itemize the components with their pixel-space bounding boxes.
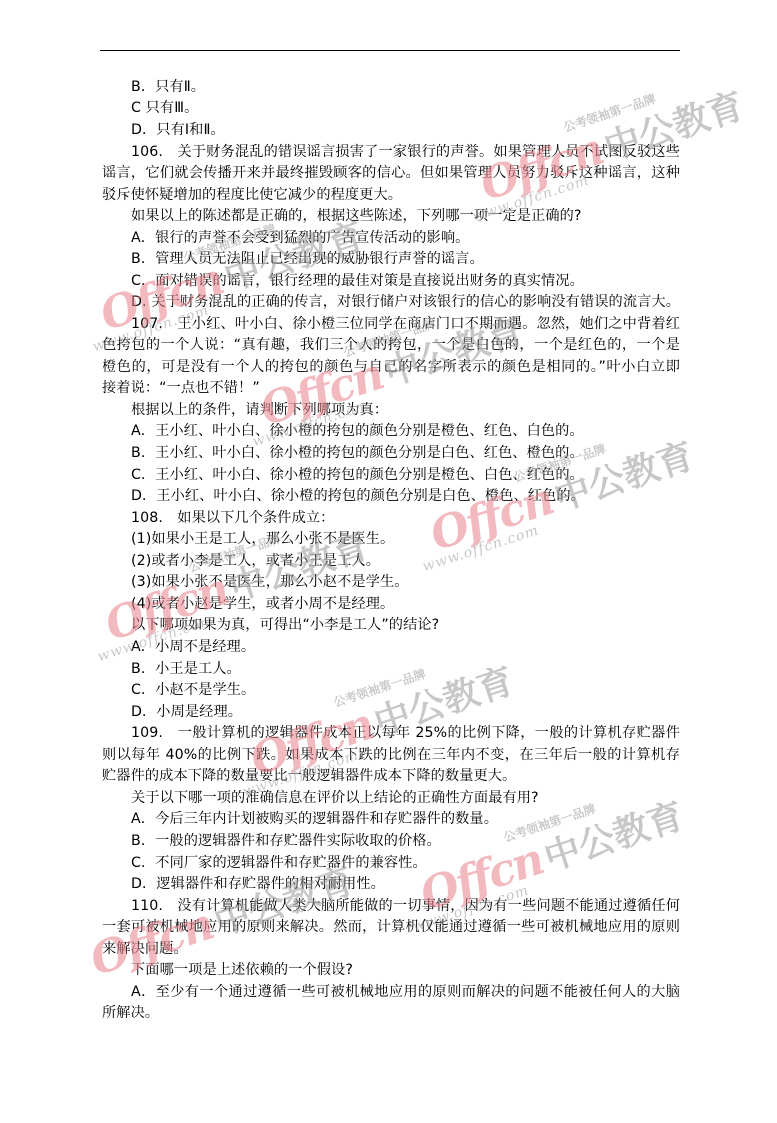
question-prompt: 根据以上的条件，请判断下列哪项为真： bbox=[131, 400, 680, 421]
option-line: B．小王是工人。 bbox=[131, 659, 680, 680]
text-line: C 只有Ⅲ。 bbox=[131, 98, 680, 119]
text-line: 谣言，它们就会传播开来并最终摧毁顾客的信心。但如果管理人员努力驳斥这种谣言，这种 bbox=[102, 163, 680, 184]
question-prompt: 下面哪一项是上述依赖的一个假设? bbox=[131, 960, 680, 981]
option-line: D．小周是经理。 bbox=[131, 702, 680, 723]
option-line: A．王小红、叶小白、徐小橙的挎包的颜色分别是橙色、红色、白色的。 bbox=[131, 421, 680, 442]
option-line: D．逻辑器件和存贮器件的相对耐用性。 bbox=[131, 874, 680, 895]
condition-line: (2)或者小李是工人，或者小王是工人。 bbox=[131, 551, 680, 572]
document-page: B．只有Ⅱ。 C 只有Ⅲ。 D．只有Ⅰ和Ⅱ。 106. 关于财务混乱的错误谣言损… bbox=[0, 0, 777, 1123]
option-line: B．管理人员无法阻止已经出现的威胁银行声誉的谣言。 bbox=[131, 249, 680, 270]
option-line: C．面对错误的谣言，银行经理的最佳对策是直接说出财务的真实情况。 bbox=[131, 271, 680, 292]
option-line: A．今后三年内计划被购买的逻辑器件和存贮器件的数量。 bbox=[131, 809, 680, 830]
condition-line: (3)如果小张不是医生，那么小赵不是学生。 bbox=[131, 572, 680, 593]
text-line: 接着说：“一点也不错！” bbox=[102, 378, 680, 399]
text-line: 贮器件的成本下降的数量要比一般逻辑器件成本下降的数量更大。 bbox=[102, 766, 680, 787]
question-106-line: 106. 关于财务混乱的错误谣言损害了一家银行的声誉。如果管理人员不试图反驳这些 bbox=[131, 142, 680, 163]
option-line: C．王小红、叶小白、徐小橙的挎包的颜色分别是橙色、白色、红色的。 bbox=[131, 465, 680, 486]
option-line: C．不同厂家的逻辑器件和存贮器件的兼容性。 bbox=[131, 853, 680, 874]
text-line: 色挎包的一个人说：“真有趣，我们三个人的挎包，一个是白色的，一个是红色的，一个是 bbox=[102, 335, 680, 356]
question-110-line: 110. 没有计算机能做人类大脑所能做的一切事情，因为有一些问题不能通过遵循任何 bbox=[131, 896, 680, 917]
question-108-line: 108. 如果以下几个条件成立： bbox=[131, 508, 680, 529]
option-line: B．一般的逻辑器件和存贮器件实际收取的价格。 bbox=[131, 831, 680, 852]
option-line: D. 关于财务混乱的正确的传言，对银行储户对该银行的信心的影响没有错误的流言大。 bbox=[131, 292, 680, 313]
option-line: C．小赵不是学生。 bbox=[131, 680, 680, 701]
text-line: B．只有Ⅱ。 bbox=[131, 77, 680, 98]
text-line: 橙色的，可是没有一个人的挎包的颜色与自己的名字所表示的颜色是相同的。”叶小白立即 bbox=[102, 357, 680, 378]
option-line: D．王小红、叶小白、徐小橙的挎包的颜色分别是白色、橙色、红色的。 bbox=[131, 486, 680, 507]
question-prompt: 以下哪项如果为真，可得出“小李是工人”的结论? bbox=[131, 615, 680, 636]
question-prompt: 关于以下哪一项的准确信息在评价以上结论的正确性方面最有用? bbox=[131, 788, 680, 809]
text-line: 一套可被机械地应用的原则来解决。然而，计算机仅能通过遵循一些可被机械地应用的原则 bbox=[102, 917, 680, 938]
question-107-line: 107. 王小红、叶小白、徐小橙三位同学在商店门口不期而遇。忽然，她们之中背着红 bbox=[131, 314, 680, 335]
option-line: A．银行的声誉不会受到猛烈的广告宣传活动的影响。 bbox=[131, 228, 680, 249]
question-prompt: 如果以上的陈述都是正确的，根据这些陈述，下列哪一项一定是正确的? bbox=[131, 206, 680, 227]
text-line: 驳斥使怀疑增加的程度比使它减少的程度更大。 bbox=[102, 185, 680, 206]
option-line: A．至少有一个通过遵循一些可被机械地应用的原则而解决的问题不能被任何人的大脑 bbox=[131, 982, 680, 1003]
text-line: 来解决问题。 bbox=[102, 939, 680, 960]
condition-line: (1)如果小王是工人，那么小张不是医生。 bbox=[131, 529, 680, 550]
condition-line: (4)或者小赵是学生，或者小周不是经理。 bbox=[131, 594, 680, 615]
text-line: 所解决。 bbox=[102, 1003, 680, 1024]
option-line: B．王小红、叶小白、徐小橙的挎包的颜色分别是白色、红色、橙色的。 bbox=[131, 443, 680, 464]
option-line: A．小周不是经理。 bbox=[131, 637, 680, 658]
text-line: 则以每年 40%的比例下跌。如果成本下跌的比例在三年内不变，在三年后一般的计算机… bbox=[102, 745, 680, 766]
question-109-line: 109. 一般计算机的逻辑器件成本正以每年 25%的比例下降，一般的计算机存贮器… bbox=[131, 723, 680, 744]
text-line: D．只有Ⅰ和Ⅱ。 bbox=[131, 120, 680, 141]
